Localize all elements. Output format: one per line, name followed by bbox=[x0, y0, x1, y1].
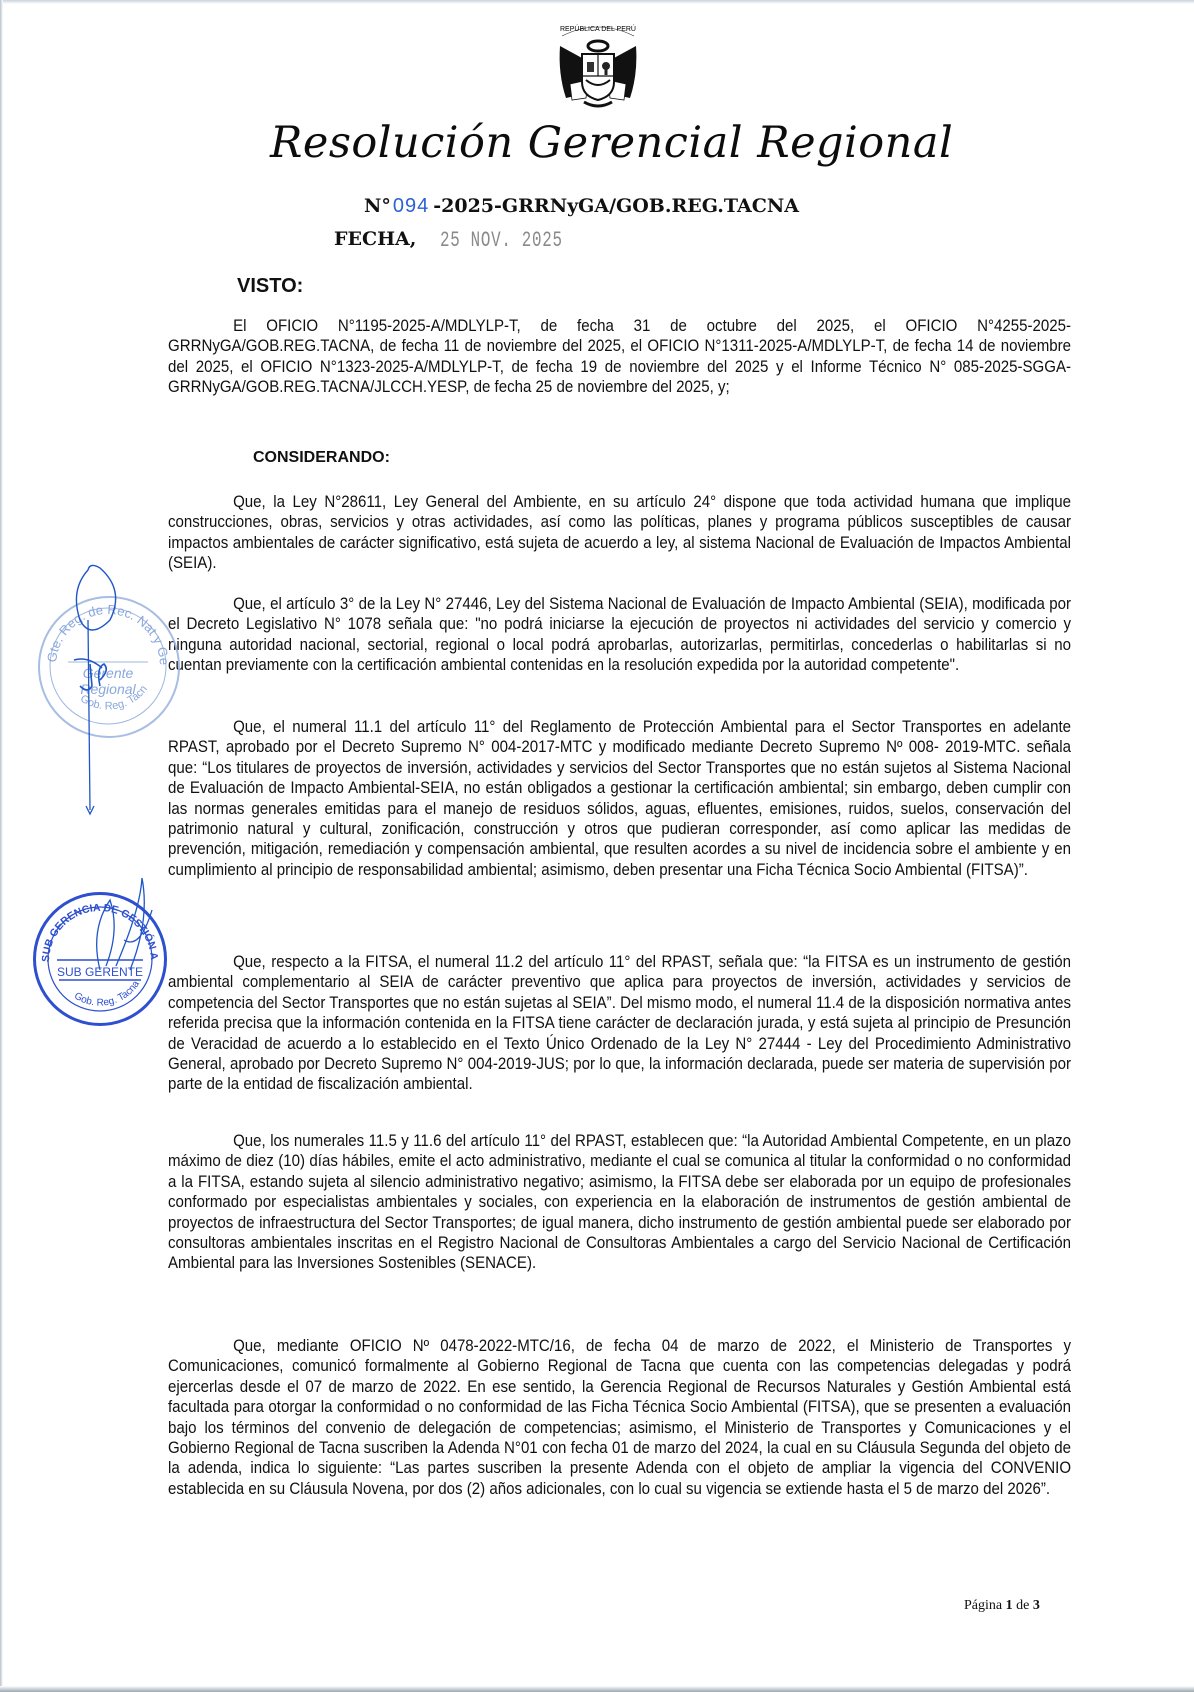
svg-text:Gob. Reg. Tacna: Gob. Reg. Tacna bbox=[72, 979, 142, 1009]
visto-heading: VISTO: bbox=[237, 275, 303, 298]
crest-label: REPÚBLICA DEL PERÚ bbox=[560, 24, 636, 33]
page-current: 1 bbox=[1006, 1598, 1013, 1613]
scan-edge-bottom bbox=[0, 1686, 1194, 1692]
page-of: de bbox=[1016, 1598, 1029, 1613]
date-label: FECHA, bbox=[334, 228, 416, 250]
signature-subgerente bbox=[80, 870, 170, 980]
scan-edge-top bbox=[0, 0, 1194, 4]
number-prefix: N° bbox=[364, 195, 391, 217]
number-suffix: -2025-GRRNyGA/GOB.REG.TACNA bbox=[433, 195, 799, 217]
coat-of-arms-icon: REPÚBLICA DEL PERÚ bbox=[548, 14, 648, 110]
document-title: Resolución Gerencial Regional bbox=[270, 118, 930, 168]
considerando-paragraph-5: Que, los numerales 11.5 y 11.6 del artíc… bbox=[168, 1131, 1071, 1274]
page-word: Página bbox=[964, 1598, 1002, 1613]
considerando-paragraph-3: Que, el numeral 11.1 del artículo 11° de… bbox=[168, 717, 1071, 880]
page-total: 3 bbox=[1033, 1598, 1040, 1613]
date-stamp: 25 NOV. 2025 bbox=[440, 228, 563, 253]
resolution-number: N°094-2025-GRRNyGA/GOB.REG.TACNA bbox=[364, 195, 799, 218]
page-number: Página 1 de 3 bbox=[964, 1598, 1040, 1614]
signature-gerente bbox=[30, 560, 180, 830]
considerando-paragraph-2: Que, el artículo 3° de la Ley N° 27446, … bbox=[168, 594, 1071, 676]
considerando-paragraph-6: Que, mediante OFICIO Nº 0478-2022-MTC/16… bbox=[168, 1336, 1071, 1499]
considerando-paragraph-1: Que, la Ley N°28611, Ley General del Amb… bbox=[168, 492, 1071, 574]
visto-paragraph: El OFICIO N°1195-2025-A/MDLYLP-T, de fec… bbox=[168, 316, 1071, 398]
handwritten-number: 094 bbox=[393, 195, 429, 217]
considerando-paragraph-4: Que, respecto a la FITSA, el numeral 11.… bbox=[168, 952, 1071, 1095]
considerando-heading: CONSIDERANDO: bbox=[253, 449, 390, 467]
scan-edge-left bbox=[0, 0, 3, 1692]
